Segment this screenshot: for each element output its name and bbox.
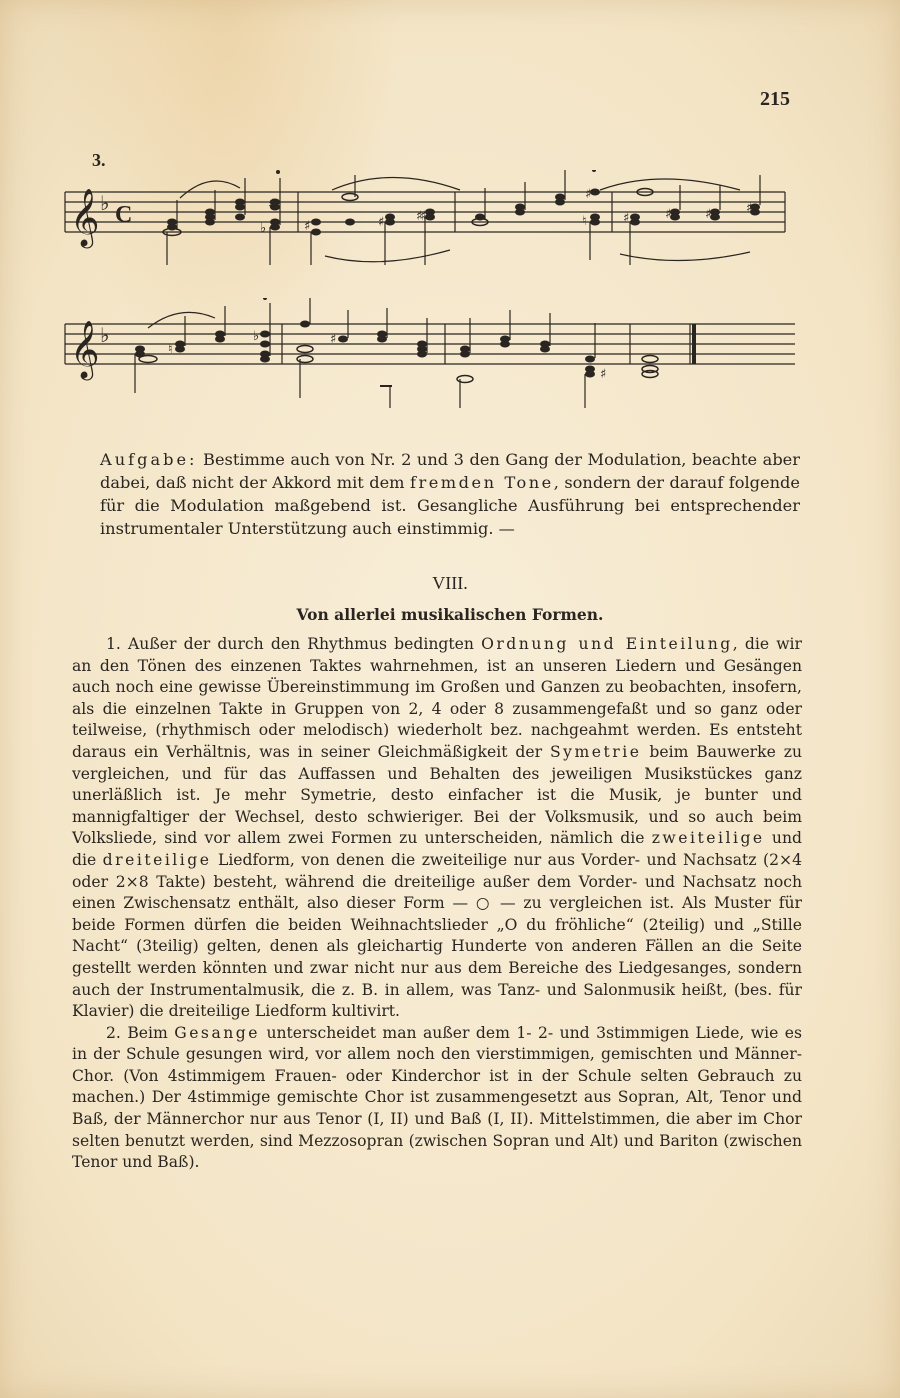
emphasis: Ordnung und Einteilung (481, 635, 733, 653)
svg-text:𝄞: 𝄞 (70, 320, 100, 381)
book-page: 215 3. 𝄞 ♭ C (0, 0, 900, 1398)
svg-text:𝄞: 𝄞 (70, 188, 100, 249)
emphasis: Gesange (174, 1024, 260, 1042)
chapter-title: Von allerlei musikalischen Formen. (0, 605, 900, 624)
svg-text:♮: ♮ (582, 214, 587, 229)
svg-text:♭: ♭ (100, 323, 109, 347)
emphasis: dreiteilige (103, 851, 212, 869)
task-emphasis: fremden Tone (410, 473, 554, 492)
svg-text:♮: ♮ (168, 342, 173, 357)
task-label: Aufgabe: (100, 450, 198, 469)
sheet-music-icon: 𝄞 ♭ C (60, 170, 800, 280)
paragraph-2: 2. Beim Gesange unterscheidet man außer … (72, 1023, 802, 1174)
svg-text:♭: ♭ (260, 221, 266, 236)
svg-text:♭: ♭ (100, 191, 109, 215)
sheet-music-icon: 𝄞 ♭ (60, 298, 800, 413)
exercise-task: Aufgabe: Bestimme auch von Nr. 2 und 3 d… (100, 448, 800, 540)
music-staff-2: 𝄞 ♭ (60, 298, 800, 413)
music-example-label: 3. (92, 150, 106, 171)
music-staff-1: 𝄞 ♭ C (60, 170, 800, 280)
svg-text:♯: ♯ (330, 332, 336, 347)
text-run: unterscheidet man außer dem 1- 2- und 3s… (72, 1024, 802, 1172)
text-run: Liedform, von denen die zweiteilige nur … (72, 851, 802, 1020)
svg-text:♯: ♯ (378, 215, 384, 230)
chapter-number: VIII. (0, 573, 900, 594)
svg-text:♯: ♯ (420, 209, 426, 224)
svg-text:♭: ♭ (253, 329, 259, 344)
svg-text:♯: ♯ (623, 211, 629, 226)
svg-text:♯: ♯ (585, 187, 591, 202)
svg-text:C: C (115, 202, 132, 228)
text-run: 2. Beim (106, 1024, 174, 1042)
chapter-body: 1. Außer der durch den Rhythmus bedingte… (72, 634, 802, 1174)
svg-text:♯: ♯ (746, 201, 752, 216)
page-number: 215 (760, 88, 790, 111)
text-run: 1. Außer der durch den Rhythmus bedingte… (106, 635, 481, 653)
svg-text:♯: ♯ (705, 207, 711, 222)
emphasis: Symetrie (550, 743, 641, 761)
svg-text:♯: ♯ (665, 207, 671, 222)
svg-text:♯: ♯ (268, 197, 274, 212)
svg-text:♯: ♯ (304, 219, 310, 234)
svg-text:♯: ♯ (600, 367, 606, 382)
paragraph-1: 1. Außer der durch den Rhythmus bedingte… (72, 634, 802, 1023)
emphasis: zweiteilige (652, 829, 765, 847)
